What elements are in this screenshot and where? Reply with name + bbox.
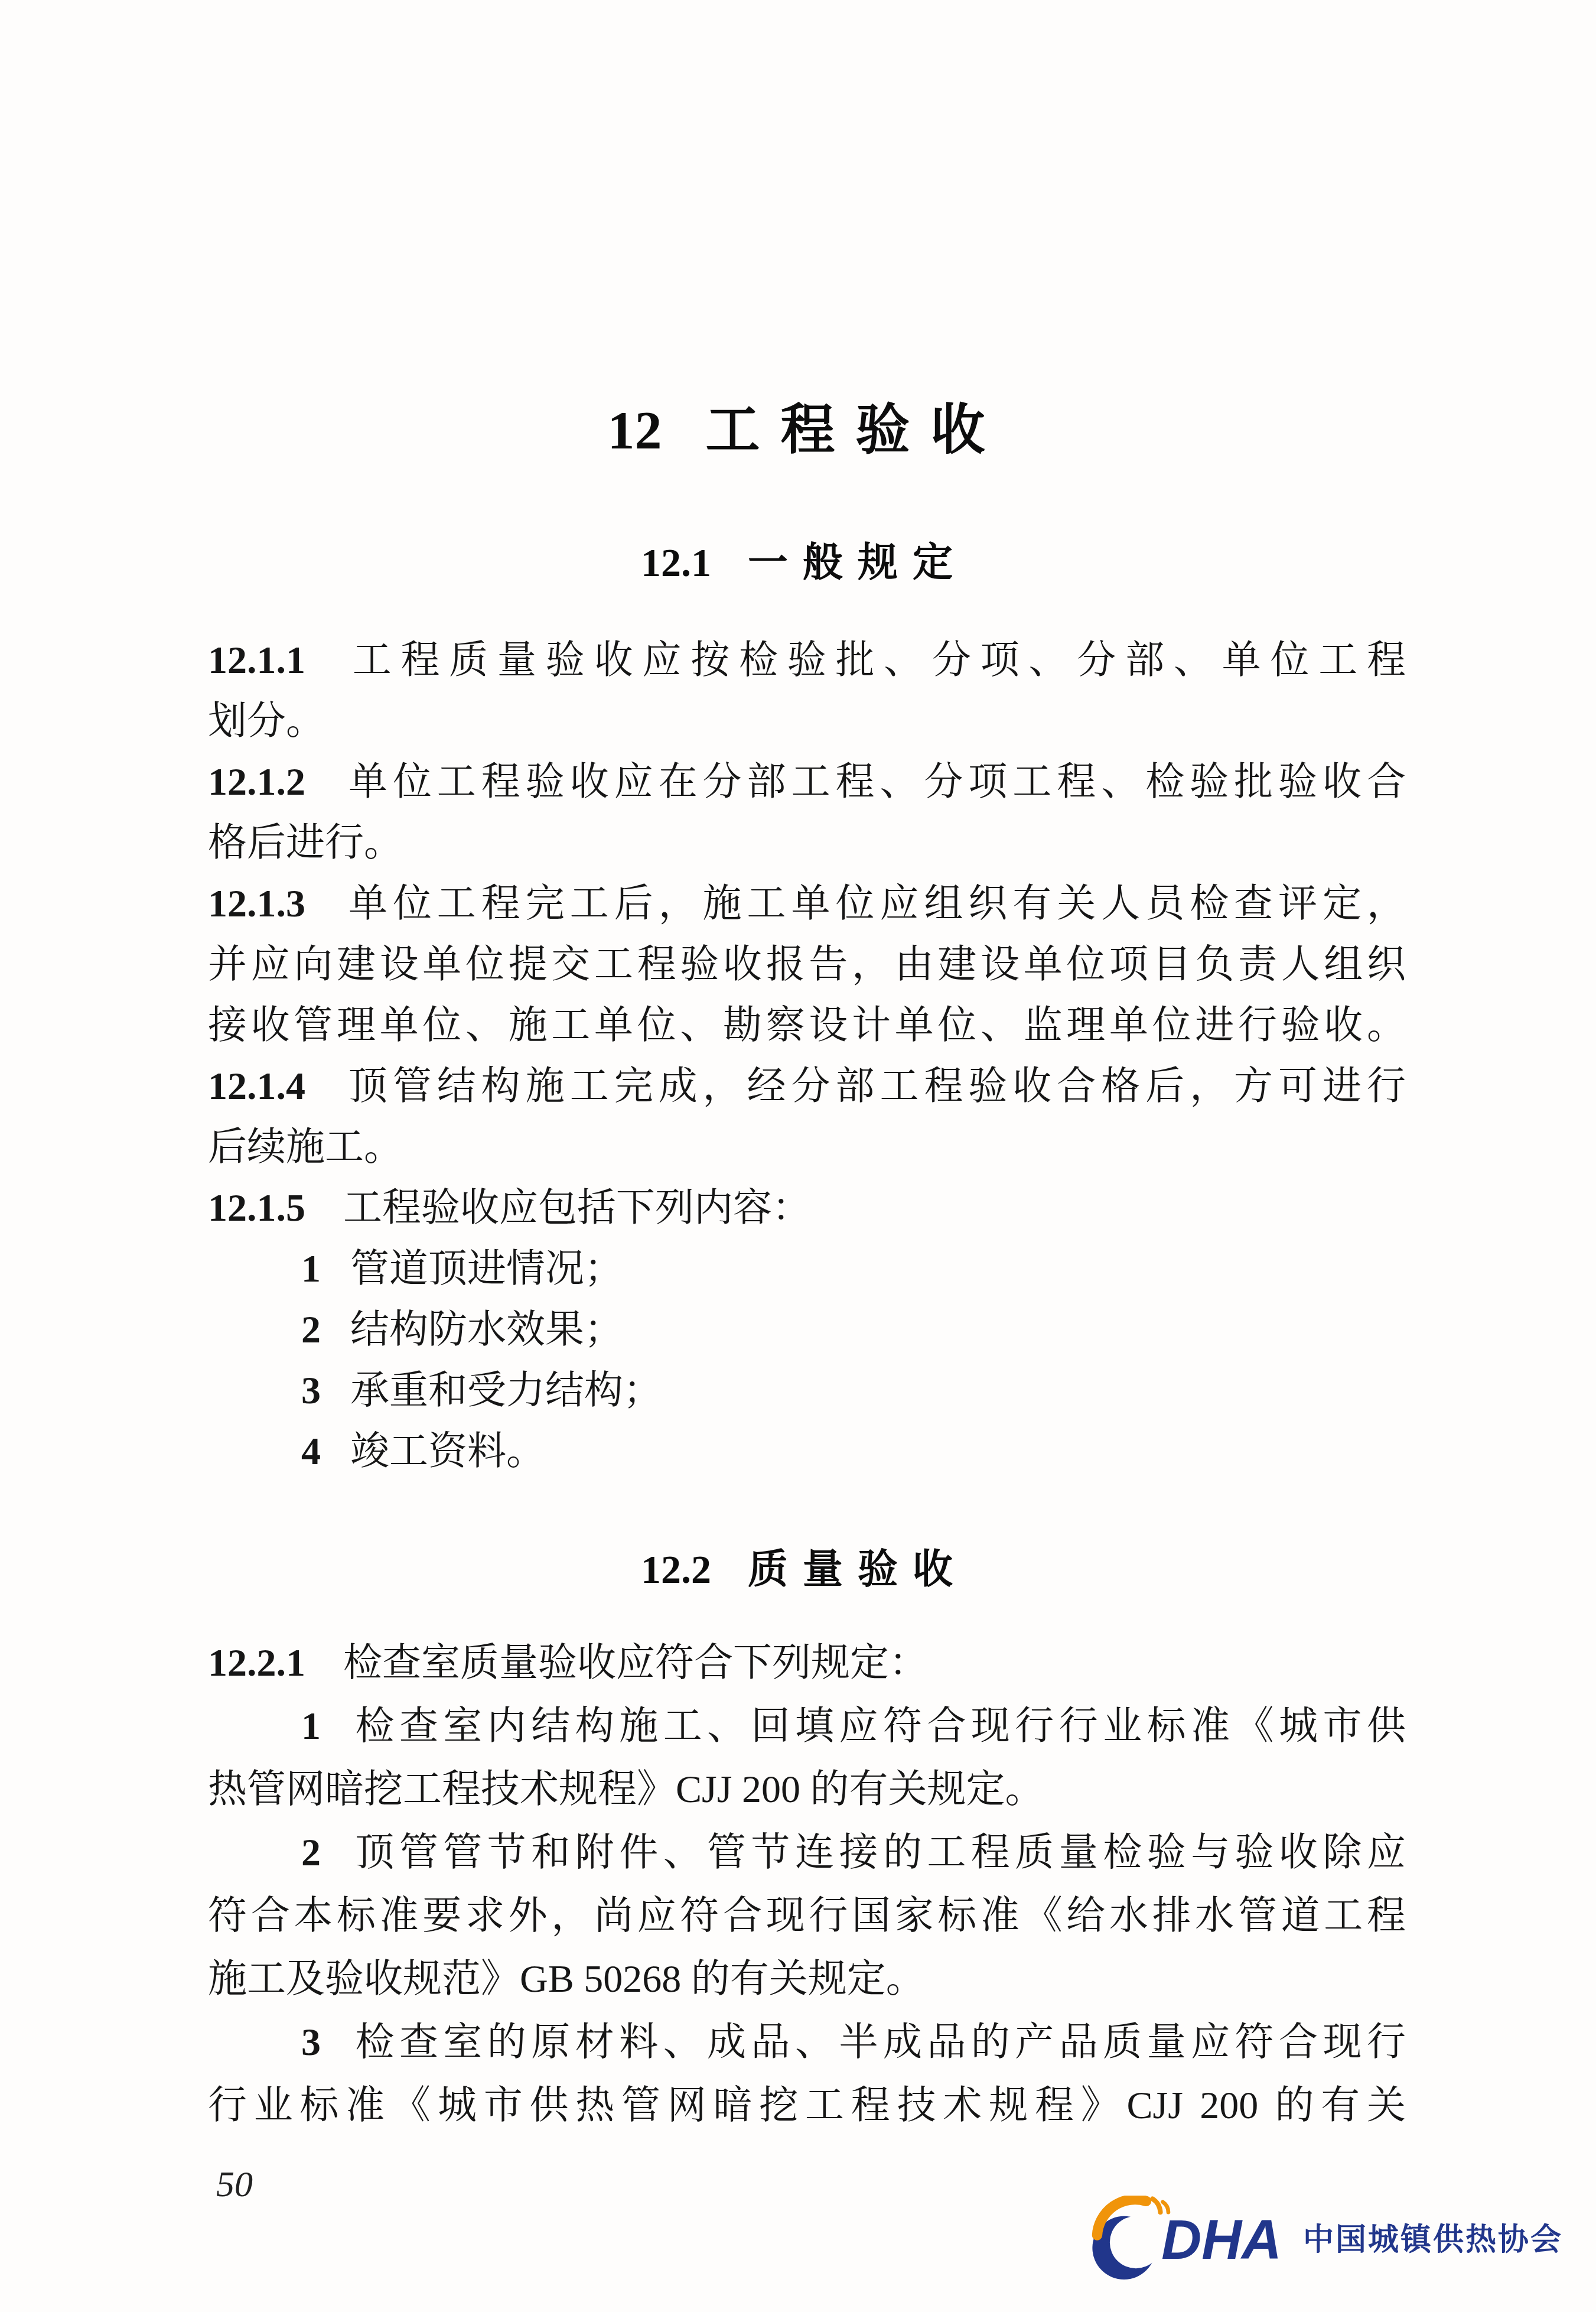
body-line: 12.1.1工程质量验收应按检验批、分项、分部、单位工程 [208, 630, 1406, 691]
clause-text: 接收管理单位、施工单位、勘察设计单位、监理单位进行验收。 [208, 1004, 1406, 1047]
body-line: 并应向建设单位提交工程验收报告，由建设单位项目负责人组织 [208, 934, 1406, 995]
body-line: 格后进行。 [208, 812, 1406, 873]
clause-number: 12.1.5 [208, 1186, 305, 1230]
cdha-logo-swoosh-icon [1087, 2196, 1171, 2284]
clause-text: 结构防水效果； [350, 1308, 623, 1351]
body-line: 接收管理单位、施工单位、勘察设计单位、监理单位进行验收。 [208, 995, 1406, 1056]
clause-text: 单位工程验收应在分部工程、分项工程、检验批验收合 [343, 760, 1406, 804]
body-line: 施工及验收规范》GB 50268 的有关规定。 [208, 1947, 1406, 2011]
clause-number: 4 [301, 1430, 321, 1473]
document-page: 12工 程 验 收 12.1一 般 规 定 12.1.1工程质量验收应按检验批、… [0, 0, 1596, 2312]
clause-text: 划分。 [208, 700, 325, 743]
body-line: 12.1.2单位工程验收应在分部工程、分项工程、检验批验收合 [208, 752, 1406, 812]
clause-number: 3 [301, 2021, 321, 2064]
clause-text: 顶管结构施工完成，经分部工程验收合格后，方可进行 [343, 1065, 1406, 1108]
body-line: 12.2.1检查室质量验收应符合下列规定： [208, 1631, 1406, 1695]
chapter-number: 12 [607, 400, 662, 460]
section-title-text: 质 量 验 收 [748, 1547, 955, 1592]
clause-text: 检查室的原材料、成品、半成品的产品质量应符合现行 [350, 2021, 1406, 2064]
clause-number: 2 [301, 1831, 321, 1874]
body-line: 4竣工资料。 [208, 1421, 1406, 1482]
clause-text: 管道顶进情况； [350, 1247, 623, 1290]
clause-text: 格后进行。 [208, 821, 403, 864]
clause-text: 检查室内结构施工、回填应符合现行行业标准《城市供 [350, 1705, 1406, 1748]
clause-block-quality: 12.2.1检查室质量验收应符合下列规定：1检查室内结构施工、回填应符合现行行业… [208, 1631, 1406, 2137]
section-heading-quality: 12.2质 量 验 收 [0, 1549, 1596, 1589]
logo-acronym-text: DHA [1161, 2212, 1282, 2268]
body-line: 2顶管管节和附件、管节连接的工程质量检验与验收除应 [208, 1821, 1406, 1884]
clause-number: 1 [301, 1247, 321, 1290]
cdha-logo: DHA 中国城镇供热协会 [1087, 2196, 1563, 2284]
body-line: 1检查室内结构施工、回填应符合现行行业标准《城市供 [208, 1695, 1406, 1758]
section-number: 12.2 [641, 1547, 711, 1592]
clause-text: 顶管管节和附件、管节连接的工程质量检验与验收除应 [350, 1831, 1406, 1874]
clause-number: 12.1.3 [208, 882, 305, 925]
clause-number: 12.1.2 [208, 760, 305, 804]
logo-organization-name: 中国城镇供热协会 [1303, 2225, 1563, 2255]
section-heading-general: 12.1一 般 规 定 [0, 542, 1596, 583]
clause-text: 后续施工。 [208, 1126, 403, 1169]
body-line: 3承重和受力结构； [208, 1360, 1406, 1421]
clause-text: 工程验收应包括下列内容： [343, 1186, 811, 1230]
body-line: 后续施工。 [208, 1117, 1406, 1178]
clause-number: 12.1.4 [208, 1065, 305, 1108]
clause-text: 承重和受力结构； [350, 1369, 662, 1412]
clause-number: 3 [301, 1369, 321, 1412]
clause-text: 热管网暗挖工程技术规程》CJJ 200 的有关规定。 [208, 1768, 1044, 1811]
clause-number: 1 [301, 1705, 321, 1748]
clause-block-general: 12.1.1工程质量验收应按检验批、分项、分部、单位工程划分。12.1.2单位工… [208, 630, 1406, 1482]
clause-text: 工程质量验收应按检验批、分项、分部、单位工程 [343, 639, 1406, 682]
clause-text: 单位工程完工后，施工单位应组织有关人员检查评定， [343, 882, 1406, 925]
clause-number: 12.2.1 [208, 1641, 305, 1685]
clause-text: 行业标准《城市供热管网暗挖工程技术规程》CJJ 200 的有关 [208, 2084, 1406, 2127]
body-line: 2结构防水效果； [208, 1299, 1406, 1360]
body-line: 热管网暗挖工程技术规程》CJJ 200 的有关规定。 [208, 1758, 1406, 1821]
page-number: 50 [216, 2164, 253, 2206]
clause-text: 检查室质量验收应符合下列规定： [343, 1641, 928, 1685]
body-line: 划分。 [208, 691, 1406, 752]
body-line: 12.1.5工程验收应包括下列内容： [208, 1178, 1406, 1238]
section-number: 12.1 [641, 540, 711, 585]
clause-text: 施工及验收规范》GB 50268 的有关规定。 [208, 1957, 925, 2001]
body-line: 12.1.4顶管结构施工完成，经分部工程验收合格后，方可进行 [208, 1056, 1406, 1117]
clause-text: 并应向建设单位提交工程验收报告，由建设单位项目负责人组织 [208, 943, 1406, 986]
clause-text: 竣工资料。 [350, 1430, 545, 1473]
body-line: 1管道顶进情况； [208, 1238, 1406, 1299]
body-line: 12.1.3单位工程完工后，施工单位应组织有关人员检查评定， [208, 873, 1406, 934]
chapter-title-text: 工 程 验 收 [705, 400, 988, 460]
body-line: 符合本标准要求外，尚应符合现行国家标准《给水排水管道工程 [208, 1884, 1406, 1947]
body-line: 行业标准《城市供热管网暗挖工程技术规程》CJJ 200 的有关 [208, 2074, 1406, 2137]
clause-text: 符合本标准要求外，尚应符合现行国家标准《给水排水管道工程 [208, 1894, 1406, 1937]
clause-number: 2 [301, 1308, 321, 1351]
chapter-title: 12工 程 验 收 [0, 403, 1596, 457]
clause-number: 12.1.1 [208, 639, 305, 682]
body-line: 3检查室的原材料、成品、半成品的产品质量应符合现行 [208, 2011, 1406, 2074]
section-title-text: 一 般 规 定 [748, 540, 955, 585]
